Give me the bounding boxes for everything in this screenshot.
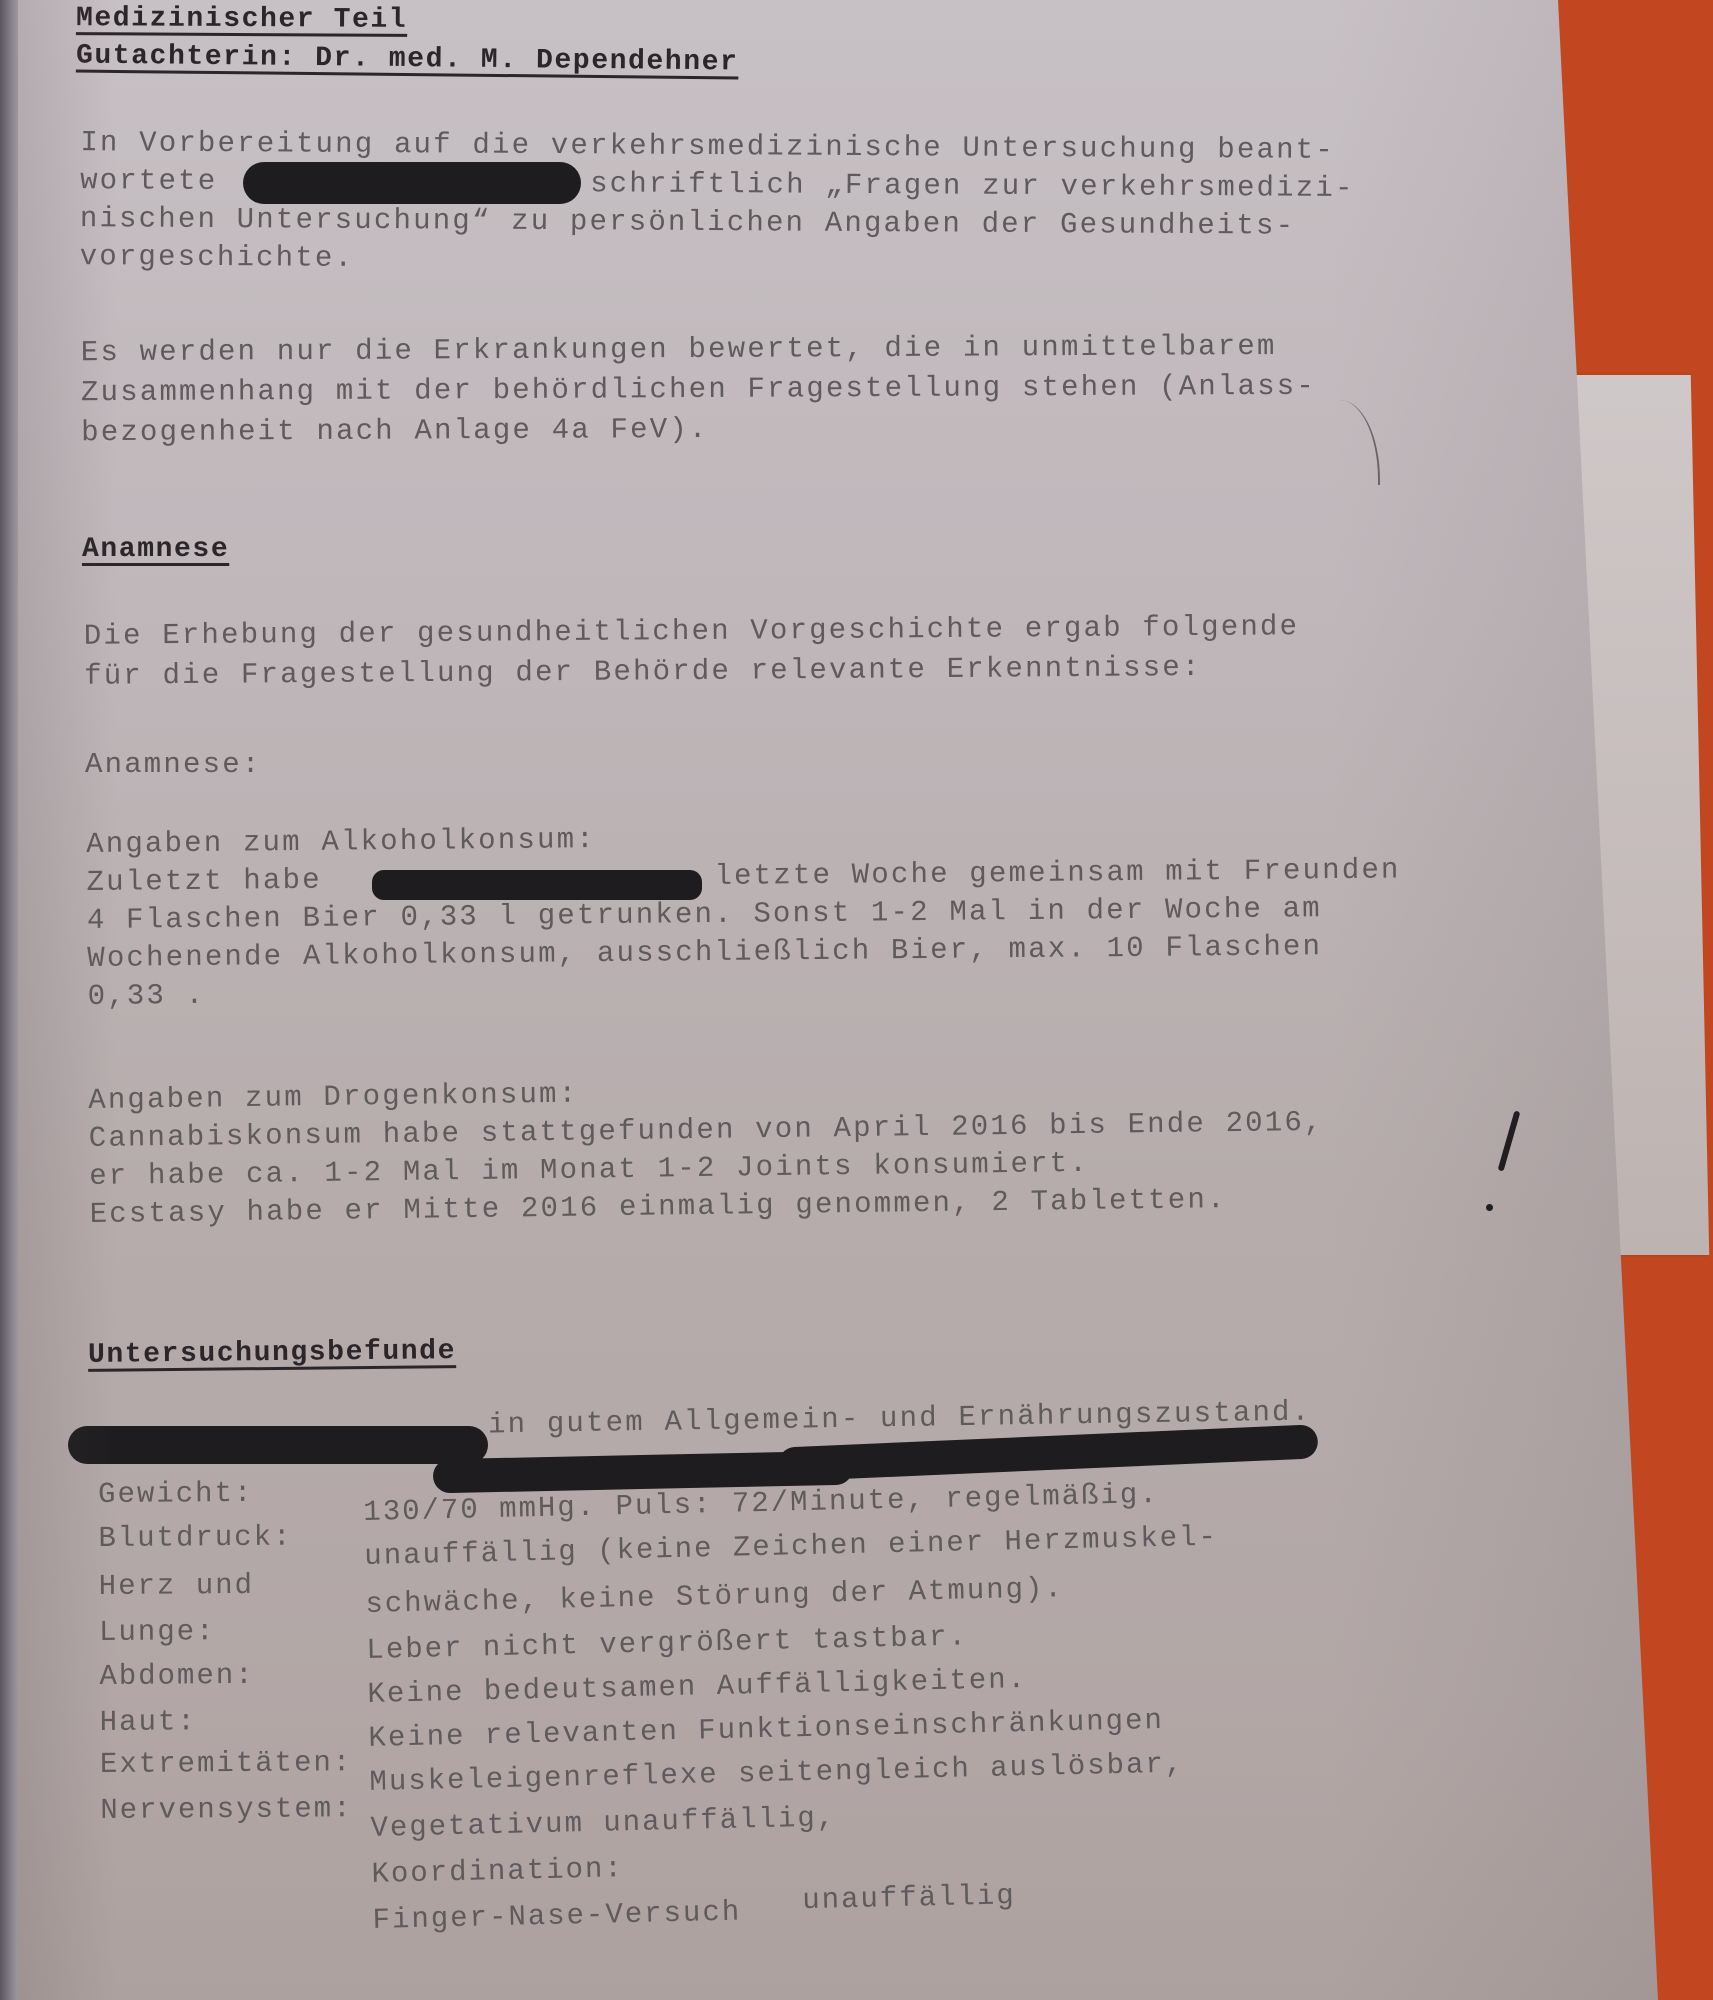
redacted-name: [372, 870, 702, 900]
findings-heading: Untersuchungsbefunde: [88, 1336, 456, 1371]
label-heart: Herz und: [99, 1569, 254, 1603]
anamnese-label: Anamnese:: [85, 746, 261, 784]
value-abdomen: Leber nicht vergrößert tastbar.: [366, 1620, 968, 1667]
label-abdomen: Abdomen:: [99, 1659, 254, 1693]
pen-dot: [1486, 1204, 1493, 1211]
label-nervous-system: Nervensystem:: [100, 1792, 352, 1827]
pen-mark: [1498, 1110, 1521, 1171]
redacted-name: [68, 1426, 488, 1464]
label-blood-pressure: Blutdruck:: [98, 1521, 292, 1555]
examiner-line: Gutachterin: Dr. med. M. Dependehner: [76, 41, 739, 79]
intro-line-4: vorgeschichte.: [80, 238, 1335, 284]
drugs-section: Angaben zum Drogenkonsum: Cannabiskonsum…: [88, 1066, 1325, 1234]
value-heart-1: unauffällig (keine Zeichen einer Herzmus…: [364, 1521, 1218, 1573]
label-weight: Gewicht:: [98, 1477, 253, 1511]
intro-line-2-prefix: wortete: [80, 162, 217, 201]
alcohol-line-1-prefix: Zuletzt habe: [86, 862, 322, 902]
scope-paragraph: Es werden nur die Erkrankungen bewertet,…: [81, 327, 1317, 453]
label-extremities: Extremitäten:: [100, 1746, 352, 1781]
value-reflexes: Muskeleigenreflexe seitengleich auslösba…: [369, 1747, 1184, 1798]
anamnese-intro-line-2: für die Fragestellung der Behörde releva…: [84, 647, 1300, 697]
value-finger-nose-result: unauffällig: [802, 1879, 1016, 1917]
intro-paragraph: In Vorbereitung auf die verkehrsmedizini…: [80, 124, 1335, 284]
value-vegetative: Vegetativum unauffällig,: [370, 1801, 836, 1845]
document-page: Medizinischer Teil Gutachterin: Dr. med.…: [18, 0, 1658, 2000]
redacted-name: [243, 162, 581, 204]
scope-line-2: Zusammenhang mit der behördlichen Frages…: [81, 367, 1316, 413]
document-title: Medizinischer Teil: [76, 3, 407, 36]
label-lung: Lunge:: [99, 1615, 216, 1649]
scope-line-3: bezogenheit nach Anlage 4a FeV).: [81, 407, 1316, 453]
pen-mark: [1338, 400, 1380, 485]
alcohol-section: Angaben zum Alkoholkonsum: Zuletzt habe …: [86, 814, 1323, 1016]
label-skin: Haut:: [100, 1705, 197, 1739]
value-skin: Keine bedeutsamen Auffälligkeiten.: [367, 1663, 1027, 1711]
value-finger-nose-test: Finger-Nase-Versuch: [372, 1896, 741, 1937]
anamnese-heading: Anamnese: [82, 534, 229, 565]
scope-line-1: Es werden nur die Erkrankungen bewertet,…: [81, 327, 1316, 373]
intro-line-2-suffix: schriftlich „Fragen zur verkehrsmedizi-: [590, 165, 1355, 208]
value-extremities: Keine relevanten Funktionseinschränkunge…: [368, 1704, 1164, 1755]
anamnese-intro: Die Erhebung der gesundheitlichen Vorges…: [84, 607, 1300, 697]
alcohol-line-1-suffix: letzte Woche gemeinsam mit Freunden: [714, 851, 1400, 896]
value-coordination: Koordination:: [371, 1852, 624, 1891]
value-heart-2: schwäche, keine Störung der Atmung).: [365, 1572, 1064, 1621]
